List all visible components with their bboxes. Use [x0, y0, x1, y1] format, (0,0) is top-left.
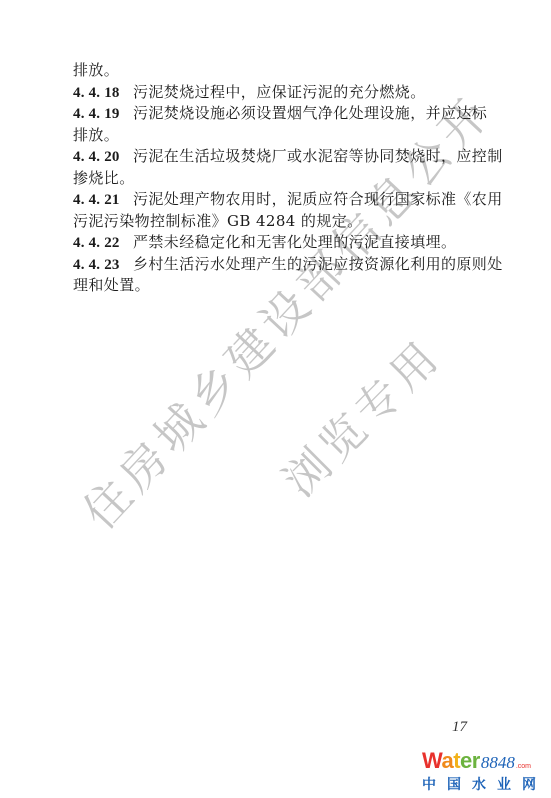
document-page: 住房城乡建设部信息公开 浏览专用 排放。 4. 4. 18污泥焚烧过程中，应保证…	[0, 0, 551, 798]
logo-letter-t: t	[453, 748, 460, 773]
clause-text: 污泥处理产物农用时，泥质应符合现行国家标准《农用	[133, 190, 503, 208]
text-line: 排放。	[73, 60, 483, 82]
logo-wordmark: Water8848.com	[422, 750, 550, 772]
clause-number: 4. 4. 19	[73, 104, 133, 126]
clause-number: 4. 4. 18	[73, 83, 133, 105]
document-body: 排放。 4. 4. 18污泥焚烧过程中，应保证污泥的充分燃烧。 4. 4. 19…	[73, 60, 483, 297]
clause-text: 污泥在生活垃圾焚烧厂或水泥窑等协同焚烧时，应控制	[133, 147, 503, 165]
water8848-logo: Water8848.com 中国水业网	[422, 750, 550, 796]
clause-4-4-18: 4. 4. 18污泥焚烧过程中，应保证污泥的充分燃烧。	[73, 82, 483, 104]
page-number: 17	[452, 719, 467, 736]
clause-text: 乡村生活污水处理产生的污泥应按资源化利用的原则处	[133, 255, 503, 273]
text-line: 排放。	[73, 125, 483, 147]
clause-number: 4. 4. 22	[73, 233, 133, 255]
continuation-text: 理和处置。	[73, 276, 150, 294]
clause-number: 4. 4. 20	[73, 147, 133, 169]
logo-number: 8848	[481, 753, 515, 772]
text-line: 理和处置。	[73, 275, 483, 297]
watermark-line-2: 浏览专用	[267, 322, 454, 509]
continuation-text: 排放。	[73, 126, 119, 144]
logo-letters-er: er	[460, 748, 480, 773]
logo-domain: .com	[516, 763, 531, 770]
clause-4-4-19: 4. 4. 19污泥焚烧设施必须设置烟气净化处理设施，并应达标	[73, 103, 483, 125]
logo-letter-w: W	[422, 748, 441, 773]
logo-letter-a: a	[441, 748, 453, 773]
clause-4-4-23: 4. 4. 23乡村生活污水处理产生的污泥应按资源化利用的原则处	[73, 254, 483, 276]
logo-subtitle: 中国水业网	[422, 774, 550, 794]
continuation-text: 掺烧比。	[73, 169, 135, 187]
clause-4-4-21: 4. 4. 21污泥处理产物农用时，泥质应符合现行国家标准《农用	[73, 189, 483, 211]
clause-text: 污泥焚烧设施必须设置烟气净化处理设施，并应达标	[133, 104, 487, 122]
clause-text: 严禁未经稳定化和无害化处理的污泥直接填埋。	[133, 233, 456, 251]
text-line: 污泥污染物控制标准》GB 4284 的规定。	[73, 211, 483, 233]
continuation-text: 排放。	[73, 61, 119, 79]
clause-4-4-20: 4. 4. 20污泥在生活垃圾焚烧厂或水泥窑等协同焚烧时，应控制	[73, 146, 483, 168]
clause-4-4-22: 4. 4. 22严禁未经稳定化和无害化处理的污泥直接填埋。	[73, 232, 483, 254]
text-line: 掺烧比。	[73, 168, 483, 190]
clause-text: 污泥焚烧过程中，应保证污泥的充分燃烧。	[133, 83, 426, 101]
clause-number: 4. 4. 21	[73, 190, 133, 212]
clause-number: 4. 4. 23	[73, 255, 133, 277]
continuation-text: 污泥污染物控制标准》GB 4284 的规定。	[73, 212, 363, 230]
